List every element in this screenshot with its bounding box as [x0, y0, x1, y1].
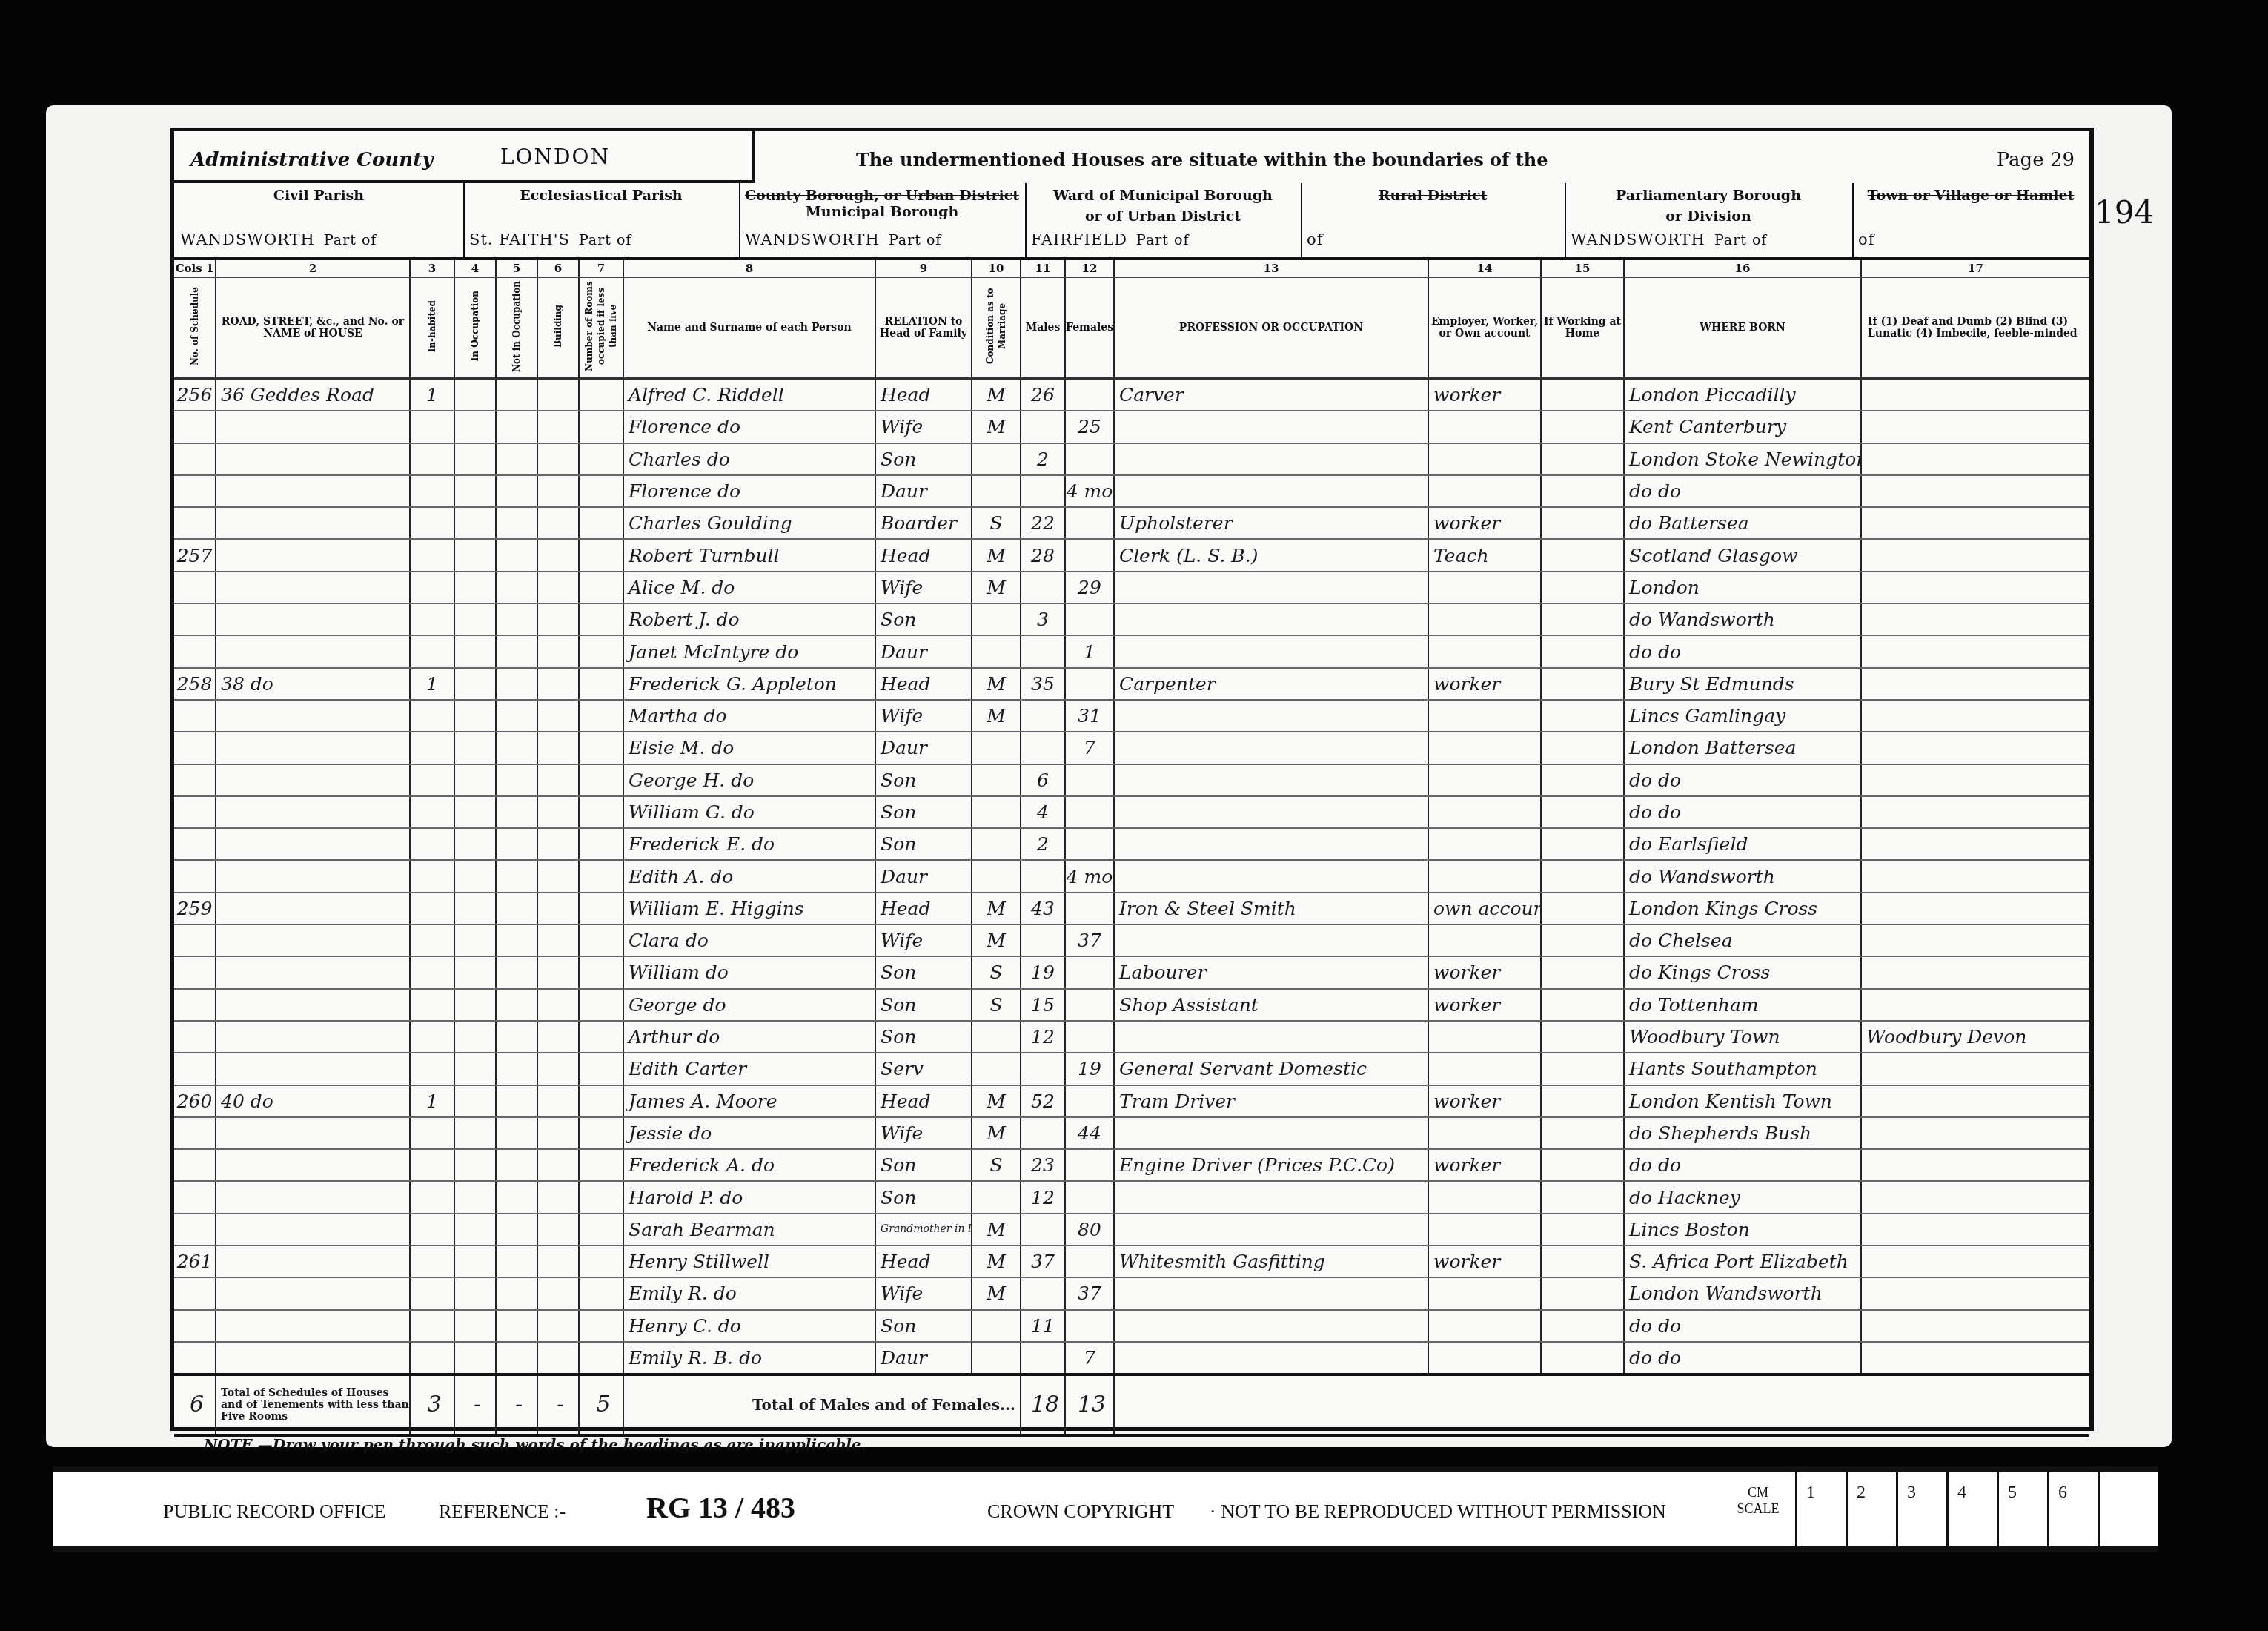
cell-male: 2: [1021, 828, 1065, 860]
cell-inhab: [410, 1149, 454, 1181]
cell-empty: [496, 989, 537, 1021]
cell-infirm: [1861, 732, 2089, 764]
cell-male: [1021, 635, 1065, 667]
table-row: Harold P. doSon12do Hackney: [174, 1181, 2089, 1213]
cell-employ: [1428, 635, 1541, 667]
cell-empty: [496, 1021, 537, 1053]
cell-inhab: [410, 732, 454, 764]
cell-cond: [972, 603, 1021, 635]
cell-empty: [537, 1342, 579, 1374]
cell-infirm: [1861, 668, 2089, 700]
cell-name: Arthur do: [623, 1021, 875, 1053]
cell-empty: [537, 507, 579, 539]
cell-sched: [174, 924, 216, 956]
cell-born: Lincs Gamlingay: [1624, 700, 1861, 732]
cell-empty: [496, 539, 537, 571]
cell-empty: [454, 1021, 496, 1053]
cell-cond: [972, 475, 1021, 507]
cell-relation: Grandmother in law: [875, 1214, 972, 1245]
cell-address: [216, 539, 410, 571]
total-schedules: 6: [174, 1374, 216, 1435]
cell-sched: [174, 828, 216, 860]
cell-female: 31: [1065, 700, 1114, 732]
cell-sched: [174, 635, 216, 667]
cell-infirm: [1861, 1245, 2089, 1277]
cell-address: [216, 635, 410, 667]
cell-empty: [579, 668, 623, 700]
cell-empty: [454, 1277, 496, 1309]
archive-reference-strip: PUBLIC RECORD OFFICE REFERENCE :- RG 13 …: [53, 1466, 2158, 1552]
cell-address: [216, 1053, 410, 1085]
cell-male: 22: [1021, 507, 1065, 539]
cell-address: [216, 700, 410, 732]
cell-empty: [579, 1342, 623, 1374]
cell-inhab: 1: [410, 668, 454, 700]
cell-empty: [1541, 1214, 1624, 1245]
cell-empty: [1541, 1245, 1624, 1277]
table-row: George H. doSon6do do: [174, 764, 2089, 796]
cell-infirm: [1861, 1053, 2089, 1085]
cell-sched: 257: [174, 539, 216, 571]
cell-empty: [454, 539, 496, 571]
cell-empty: [1541, 893, 1624, 924]
cell-empty: [454, 956, 496, 988]
cell-male: [1021, 732, 1065, 764]
cell-relation: Wife: [875, 572, 972, 603]
cell-male: [1021, 475, 1065, 507]
cell-occupation: [1114, 700, 1428, 732]
boundaries-banner: The undermentioned Houses are situate wi…: [856, 149, 1548, 171]
cell-inhab: [410, 1021, 454, 1053]
cell-employ: [1428, 1181, 1541, 1213]
cell-occupation: [1114, 924, 1428, 956]
cell-infirm: [1861, 475, 2089, 507]
cell-empty: [1541, 411, 1624, 443]
cell-female: 29: [1065, 572, 1114, 603]
cell-infirm: [1861, 1214, 2089, 1245]
cell-occupation: [1114, 475, 1428, 507]
cell-born: do do: [1624, 635, 1861, 667]
cell-empty: [496, 860, 537, 892]
total-in-occupation: -: [454, 1374, 496, 1435]
cell-cond: M: [972, 539, 1021, 571]
cell-infirm: [1861, 956, 2089, 988]
cell-name: Florence do: [623, 475, 875, 507]
cell-name: Emily R. B. do: [623, 1342, 875, 1374]
cell-female: [1065, 507, 1114, 539]
cell-female: [1065, 1310, 1114, 1342]
cell-female: [1065, 893, 1114, 924]
cell-empty: [454, 475, 496, 507]
cell-empty: [579, 1149, 623, 1181]
cell-female: [1065, 1085, 1114, 1117]
heading-address: ROAD, STREET, &c., and No. or NAME of HO…: [216, 277, 410, 379]
cell-cond: M: [972, 379, 1021, 411]
cell-infirm: [1861, 1342, 2089, 1374]
cell-cond: [972, 1342, 1021, 1374]
cell-sched: 256: [174, 379, 216, 411]
cell-relation: Wife: [875, 700, 972, 732]
cell-infirm: [1861, 1149, 2089, 1181]
heading-infirmity: If (1) Deaf and Dumb (2) Blind (3) Lunat…: [1861, 277, 2089, 379]
cell-empty: [579, 1277, 623, 1309]
cell-male: 23: [1021, 1149, 1065, 1181]
cell-sched: [174, 1277, 216, 1309]
cell-relation: Daur: [875, 1342, 972, 1374]
cell-empty: [579, 572, 623, 603]
area-town-village: Town or Village or Hamlet of: [1852, 183, 2089, 257]
cell-born: do Tottenham: [1624, 989, 1861, 1021]
table-row: Clara doWifeM37do Chelsea: [174, 924, 2089, 956]
cell-sched: [174, 700, 216, 732]
cell-empty: [579, 1021, 623, 1053]
cell-empty: [579, 989, 623, 1021]
cell-address: [216, 1214, 410, 1245]
cell-male: 28: [1021, 539, 1065, 571]
cell-occupation: Upholsterer: [1114, 507, 1428, 539]
cell-empty: [579, 893, 623, 924]
cell-relation: Head: [875, 893, 972, 924]
cell-born: London Wandsworth: [1624, 1277, 1861, 1309]
cell-empty: [454, 1342, 496, 1374]
cell-empty: [1541, 956, 1624, 988]
cell-name: Martha do: [623, 700, 875, 732]
cell-occupation: [1114, 635, 1428, 667]
cell-address: [216, 411, 410, 443]
cell-empty: [1541, 796, 1624, 828]
cell-female: [1065, 1181, 1114, 1213]
cell-male: [1021, 1214, 1065, 1245]
cell-empty: [579, 379, 623, 411]
cell-male: 43: [1021, 893, 1065, 924]
cell-empty: [454, 764, 496, 796]
cell-empty: [537, 1021, 579, 1053]
instruction-note: NOTE.—Draw your pen through such words o…: [204, 1436, 866, 1454]
total-rooms: 5: [579, 1374, 623, 1435]
cell-empty: [454, 700, 496, 732]
cell-empty: [496, 924, 537, 956]
cell-sched: [174, 956, 216, 988]
cell-name: Henry Stillwell: [623, 1245, 875, 1277]
cell-employ: [1428, 1117, 1541, 1149]
cell-employ: [1428, 411, 1541, 443]
cell-address: [216, 989, 410, 1021]
cell-born: do do: [1624, 796, 1861, 828]
cell-empty: [496, 668, 537, 700]
cell-empty: [537, 475, 579, 507]
cell-inhab: [410, 828, 454, 860]
cell-cond: [972, 1053, 1021, 1085]
cell-empty: [537, 1310, 579, 1342]
census-table: Cols 12 34 56 78 910 1112 1314 1516 17 N…: [174, 260, 2089, 1437]
table-row: Arthur doSon12Woodbury TownWoodbury Devo…: [174, 1021, 2089, 1053]
cell-occupation: General Servant Domestic: [1114, 1053, 1428, 1085]
cell-born: do Hackney: [1624, 1181, 1861, 1213]
cell-inhab: [410, 1342, 454, 1374]
cell-occupation: Whitesmith Gasfitting: [1114, 1245, 1428, 1277]
cell-inhab: [410, 475, 454, 507]
cell-empty: [579, 507, 623, 539]
cell-occupation: Carver: [1114, 379, 1428, 411]
cell-empty: [1541, 860, 1624, 892]
cell-empty: [537, 956, 579, 988]
cell-cond: M: [972, 1085, 1021, 1117]
cell-name: Clara do: [623, 924, 875, 956]
cell-empty: [537, 989, 579, 1021]
cell-address: [216, 1277, 410, 1309]
cell-cond: S: [972, 956, 1021, 988]
cell-relation: Wife: [875, 924, 972, 956]
cell-address: [216, 1021, 410, 1053]
cell-cond: [972, 443, 1021, 475]
cell-born: Bury St Edmunds: [1624, 668, 1861, 700]
cell-name: Jessie do: [623, 1117, 875, 1149]
cell-relation: Serv: [875, 1053, 972, 1085]
cell-male: 4: [1021, 796, 1065, 828]
cell-empty: [1541, 1085, 1624, 1117]
cell-male: [1021, 924, 1065, 956]
heading-occupation: PROFESSION OR OCCUPATION: [1114, 277, 1428, 379]
cell-male: 2: [1021, 443, 1065, 475]
cell-female: [1065, 956, 1114, 988]
cell-empty: [1541, 603, 1624, 635]
table-row: Alice M. doWifeM29London: [174, 572, 2089, 603]
cell-empty: [496, 956, 537, 988]
cell-born: do Chelsea: [1624, 924, 1861, 956]
cell-sched: 260: [174, 1085, 216, 1117]
cell-inhab: 1: [410, 1085, 454, 1117]
cell-empty: [579, 924, 623, 956]
cell-sched: [174, 796, 216, 828]
cell-occupation: [1114, 1117, 1428, 1149]
cell-empty: [1541, 1181, 1624, 1213]
cell-empty: [1541, 732, 1624, 764]
cell-empty: [496, 1181, 537, 1213]
cell-empty: [579, 1214, 623, 1245]
cell-male: [1021, 1342, 1065, 1374]
cell-occupation: Labourer: [1114, 956, 1428, 988]
cell-empty: [579, 1053, 623, 1085]
cell-empty: [537, 796, 579, 828]
cell-name: Frederick G. Appleton: [623, 668, 875, 700]
table-row: 257Robert TurnbullHeadM28Clerk (L. S. B.…: [174, 539, 2089, 571]
cell-address: [216, 507, 410, 539]
table-row: Emily R. B. doDaur7do do: [174, 1342, 2089, 1374]
copyright-label: CROWN COPYRIGHT: [987, 1501, 1174, 1523]
cell-male: 15: [1021, 989, 1065, 1021]
cell-cond: [972, 764, 1021, 796]
cell-relation: Wife: [875, 411, 972, 443]
cell-empty: [454, 1053, 496, 1085]
cell-empty: [454, 668, 496, 700]
area-ecclesiastical-parish: Ecclesiastical Parish St. FAITH'SPart of: [463, 183, 740, 257]
cell-infirm: [1861, 893, 2089, 924]
cell-address: 36 Geddes Road: [216, 379, 410, 411]
cell-empty: [454, 1117, 496, 1149]
census-form: Administrative County LONDON The underme…: [170, 128, 2094, 1431]
cell-female: 4 mo: [1065, 860, 1114, 892]
cell-inhab: [410, 700, 454, 732]
cell-empty: [1541, 1310, 1624, 1342]
cell-employ: [1428, 860, 1541, 892]
cell-inhab: [410, 635, 454, 667]
page-number: Page 29: [1997, 149, 2075, 171]
cell-relation: Son: [875, 443, 972, 475]
total-not-in-occupation: -: [496, 1374, 537, 1435]
cell-occupation: [1114, 1214, 1428, 1245]
cell-infirm: [1861, 989, 2089, 1021]
cell-employ: worker: [1428, 1085, 1541, 1117]
cell-relation: Son: [875, 1181, 972, 1213]
cell-infirm: [1861, 411, 2089, 443]
cell-empty: [537, 1181, 579, 1213]
cell-occupation: [1114, 796, 1428, 828]
cell-empty: [454, 1149, 496, 1181]
cell-name: Sarah Bearman: [623, 1214, 875, 1245]
total-building: -: [537, 1374, 579, 1435]
table-row: Frederick E. doSon2do Earlsfield: [174, 828, 2089, 860]
cell-empty: [537, 860, 579, 892]
table-row: Elsie M. doDaur7London Battersea: [174, 732, 2089, 764]
cell-empty: [579, 411, 623, 443]
cell-male: 35: [1021, 668, 1065, 700]
cell-cond: [972, 1310, 1021, 1342]
cell-empty: [537, 732, 579, 764]
table-row: Florence doDaur4 modo do: [174, 475, 2089, 507]
cell-employ: [1428, 828, 1541, 860]
cell-address: [216, 732, 410, 764]
cell-empty: [1541, 475, 1624, 507]
area-civil-parish: Civil Parish WANDSWORTHPart of: [174, 183, 465, 257]
cell-occupation: [1114, 443, 1428, 475]
cell-empty: [537, 443, 579, 475]
cell-empty: [454, 1310, 496, 1342]
cell-empty: [454, 635, 496, 667]
cell-infirm: [1861, 796, 2089, 828]
cell-female: [1065, 539, 1114, 571]
cell-empty: [537, 828, 579, 860]
cell-male: 26: [1021, 379, 1065, 411]
cell-infirm: [1861, 1085, 2089, 1117]
cell-male: 12: [1021, 1181, 1065, 1213]
cell-born: Kent Canterbury: [1624, 411, 1861, 443]
cell-empty: [1541, 1117, 1624, 1149]
cell-empty: [454, 989, 496, 1021]
cell-male: 11: [1021, 1310, 1065, 1342]
cell-empty: [1541, 828, 1624, 860]
cell-female: [1065, 764, 1114, 796]
cell-employ: [1428, 1277, 1541, 1309]
cell-name: Robert Turnbull: [623, 539, 875, 571]
cell-infirm: [1861, 603, 2089, 635]
cell-empty: [1541, 539, 1624, 571]
cell-sched: [174, 732, 216, 764]
cell-relation: Son: [875, 1310, 972, 1342]
cell-cond: M: [972, 700, 1021, 732]
cell-empty: [454, 411, 496, 443]
heading-inhabited: In-habited: [410, 277, 454, 379]
cell-infirm: [1861, 1117, 2089, 1149]
cell-empty: [1541, 1149, 1624, 1181]
total-inhabited: 3: [410, 1374, 454, 1435]
administrative-county: Administrative County LONDON: [174, 131, 755, 183]
cell-occupation: [1114, 764, 1428, 796]
cell-infirm: [1861, 635, 2089, 667]
cell-cond: M: [972, 668, 1021, 700]
cell-inhab: [410, 1277, 454, 1309]
cell-sched: 259: [174, 893, 216, 924]
table-row: 25636 Geddes Road1Alfred C. RiddellHeadM…: [174, 379, 2089, 411]
cell-empty: [1541, 924, 1624, 956]
cell-infirm: [1861, 860, 2089, 892]
cell-employ: worker: [1428, 1245, 1541, 1277]
cell-name: George do: [623, 989, 875, 1021]
cell-sched: [174, 1214, 216, 1245]
cell-infirm: [1861, 507, 2089, 539]
cell-name: Harold P. do: [623, 1181, 875, 1213]
cell-empty: [579, 603, 623, 635]
cell-empty: [579, 828, 623, 860]
cell-inhab: [410, 411, 454, 443]
cell-empty: [1541, 668, 1624, 700]
cell-cond: [972, 860, 1021, 892]
cell-born: S. Africa Port Elizabeth: [1624, 1245, 1861, 1277]
cell-cond: S: [972, 1149, 1021, 1181]
cell-infirm: [1861, 539, 2089, 571]
cell-name: Florence do: [623, 411, 875, 443]
cell-sched: [174, 1310, 216, 1342]
cell-name: Edith Carter: [623, 1053, 875, 1085]
cell-female: 1: [1065, 635, 1114, 667]
cell-occupation: Clerk (L. S. B.): [1114, 539, 1428, 571]
cell-male: [1021, 411, 1065, 443]
cell-empty: [454, 1181, 496, 1213]
cell-female: [1065, 1021, 1114, 1053]
cell-empty: [1541, 443, 1624, 475]
cell-female: 7: [1065, 732, 1114, 764]
cell-employ: [1428, 1342, 1541, 1374]
cell-female: [1065, 603, 1114, 635]
cell-empty: [454, 507, 496, 539]
cell-inhab: [410, 989, 454, 1021]
cell-female: 37: [1065, 1277, 1114, 1309]
cell-cond: [972, 732, 1021, 764]
cell-occupation: [1114, 1021, 1428, 1053]
table-row: Edith A. doDaur4 modo Wandsworth: [174, 860, 2089, 892]
cell-female: [1065, 989, 1114, 1021]
cell-empty: [454, 893, 496, 924]
cell-male: 37: [1021, 1245, 1065, 1277]
cell-address: [216, 1117, 410, 1149]
cell-born: London Piccadilly: [1624, 379, 1861, 411]
cell-cond: M: [972, 572, 1021, 603]
cell-empty: [579, 443, 623, 475]
cell-sched: [174, 989, 216, 1021]
cell-employ: [1428, 924, 1541, 956]
cell-empty: [496, 796, 537, 828]
cell-name: William do: [623, 956, 875, 988]
heading-building: Building: [537, 277, 579, 379]
cell-occupation: Iron & Steel Smith: [1114, 893, 1428, 924]
cell-empty: [579, 1085, 623, 1117]
cell-sched: 258: [174, 668, 216, 700]
cell-empty: [537, 1214, 579, 1245]
cell-infirm: [1861, 379, 2089, 411]
area-headings: Civil Parish WANDSWORTHPart of Ecclesias…: [174, 183, 2089, 260]
cell-inhab: [410, 924, 454, 956]
cell-empty: [454, 732, 496, 764]
cell-relation: Son: [875, 828, 972, 860]
